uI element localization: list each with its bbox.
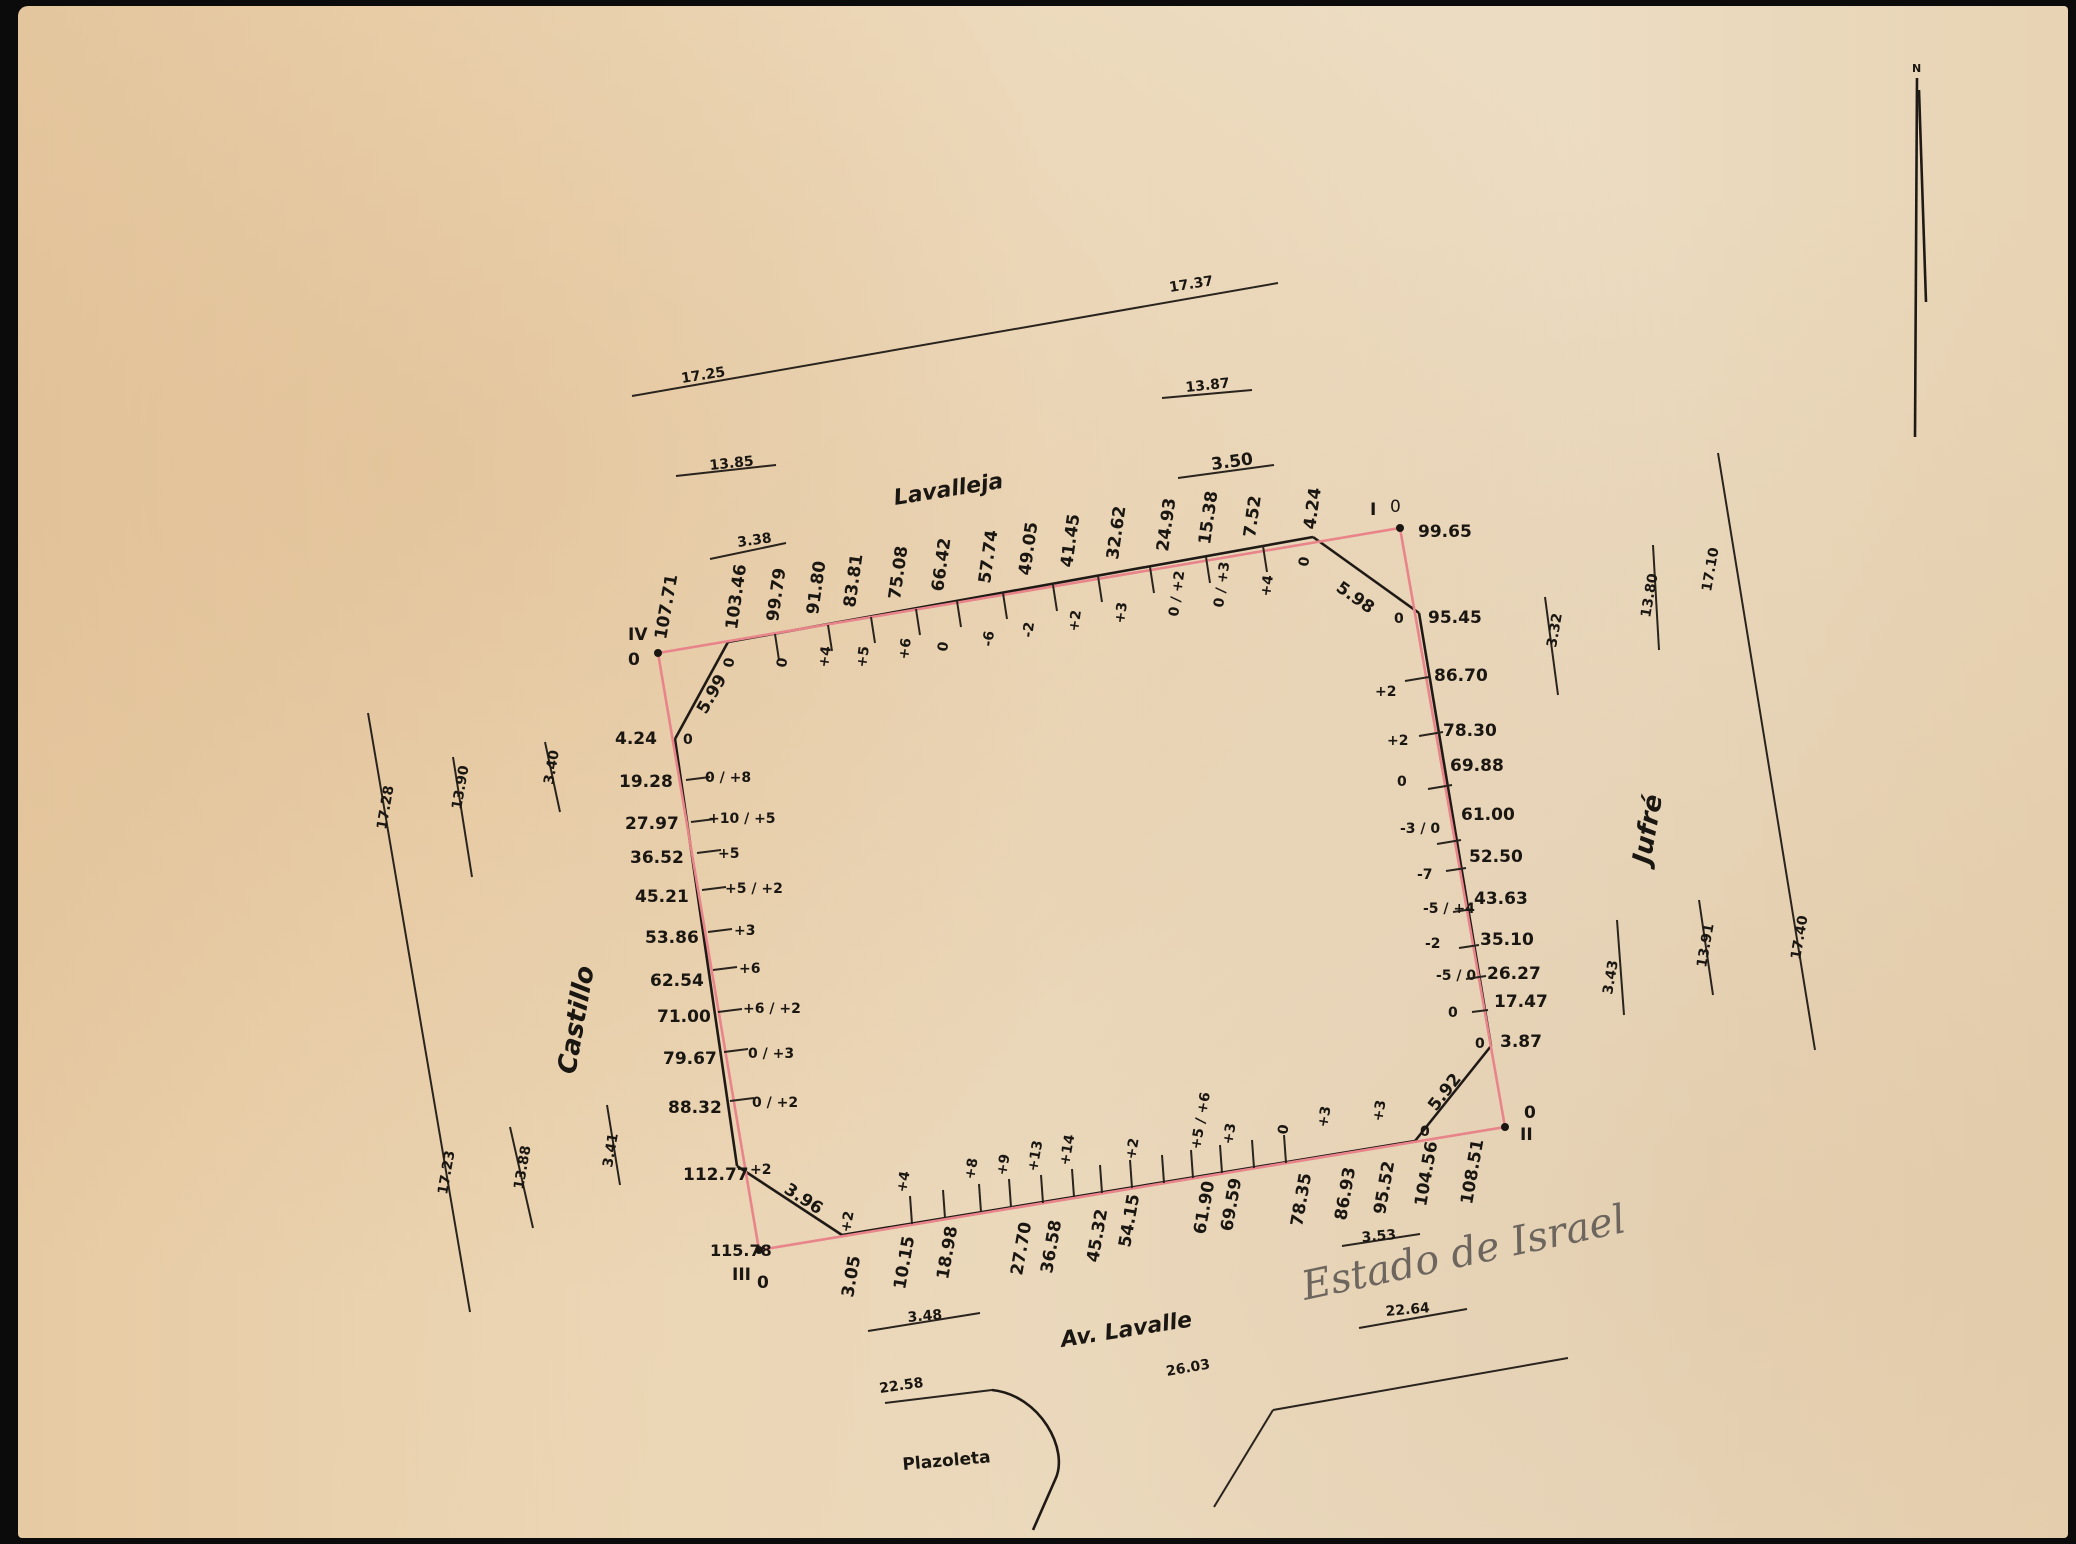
svg-text:+6 / +2: +6 / +2 <box>743 1001 801 1017</box>
svg-text:+6: +6 <box>896 637 915 661</box>
svg-text:+4: +4 <box>816 645 835 669</box>
svg-text:86.93: 86.93 <box>1331 1165 1360 1221</box>
svg-text:45.21: 45.21 <box>635 887 689 907</box>
south-outer-line <box>1273 1358 1568 1410</box>
svg-text:3.53: 3.53 <box>1361 1227 1397 1246</box>
svg-text:+3: +3 <box>734 923 755 939</box>
chamfer-se: 5.92 <box>1424 1070 1466 1115</box>
svg-text:19.28: 19.28 <box>619 772 673 792</box>
svg-text:3.43: 3.43 <box>1600 959 1622 996</box>
svg-text:83.81: 83.81 <box>840 553 867 609</box>
vertex-III-value: 115.78 <box>710 1241 772 1260</box>
vertex-II-value: 108.51 <box>1457 1138 1488 1206</box>
svg-text:+2: +2 <box>750 1162 771 1178</box>
svg-text:3.87: 3.87 <box>1500 1032 1542 1052</box>
svg-text:17.10: 17.10 <box>1699 546 1722 593</box>
svg-text:88.32: 88.32 <box>668 1098 722 1118</box>
svg-text:24.93: 24.93 <box>1153 497 1180 553</box>
svg-text:0: 0 <box>1275 1123 1292 1136</box>
chamfer-sw: 3.96 <box>780 1179 826 1219</box>
vertex-IV-value: 107.71 <box>651 573 682 641</box>
chamfer-ne: 5.98 <box>1332 578 1378 618</box>
svg-text:57.74: 57.74 <box>975 528 1002 584</box>
svg-text:99.79: 99.79 <box>763 567 790 623</box>
svg-text:3.05: 3.05 <box>838 1254 865 1299</box>
svg-text:0 / +2: 0 / +2 <box>752 1095 798 1111</box>
svg-text:0: 0 <box>1475 1036 1485 1052</box>
svg-text:22.58: 22.58 <box>878 1375 924 1397</box>
svg-text:95.45: 95.45 <box>1428 608 1482 628</box>
vertex-III-tick: 0 <box>757 1273 769 1293</box>
svg-text:13.91: 13.91 <box>1694 922 1717 968</box>
street-label-east: Jufré <box>1626 792 1669 871</box>
svg-text:17.40: 17.40 <box>1788 914 1811 961</box>
svg-text:-2: -2 <box>1425 936 1441 952</box>
svg-text:0 / +8: 0 / +8 <box>705 770 751 786</box>
svg-text:112.77: 112.77 <box>683 1165 749 1185</box>
svg-text:26.27: 26.27 <box>1487 964 1541 984</box>
svg-text:10.15: 10.15 <box>890 1234 919 1290</box>
property-boundary <box>658 528 1505 1250</box>
svg-text:+4: +4 <box>894 1170 914 1194</box>
svg-text:13.80: 13.80 <box>1638 572 1661 619</box>
street-label-south: Av. Lavalle <box>1057 1308 1194 1354</box>
svg-text:43.63: 43.63 <box>1474 889 1528 909</box>
svg-text:+3: +3 <box>1112 601 1131 625</box>
survey-plan-drawing: N <box>0 0 2076 1544</box>
svg-text:0: 0 <box>683 732 693 748</box>
svg-text:61.90: 61.90 <box>1190 1179 1219 1236</box>
vertex-I-label: I <box>1370 500 1376 520</box>
svg-text:+4: +4 <box>1258 574 1277 598</box>
svg-text:78.35: 78.35 <box>1287 1171 1316 1227</box>
north-stations: 103.46 99.79 91.80 83.81 75.08 66.42 57.… <box>722 486 1326 630</box>
north-arrow-icon: N <box>1912 62 1926 437</box>
svg-text:103.46: 103.46 <box>722 563 751 631</box>
svg-text:17.23: 17.23 <box>435 1149 458 1195</box>
vertex-II-tick: 0 <box>1524 1103 1536 1123</box>
svg-text:52.50: 52.50 <box>1469 847 1523 867</box>
svg-text:3.41: 3.41 <box>600 1132 622 1169</box>
svg-text:17.28: 17.28 <box>374 784 397 830</box>
svg-text:36.58: 36.58 <box>1037 1218 1066 1274</box>
svg-text:+13: +13 <box>1025 1139 1046 1173</box>
svg-text:35.10: 35.10 <box>1480 930 1534 950</box>
svg-text:49.05: 49.05 <box>1015 521 1042 577</box>
svg-text:0 / +2: 0 / +2 <box>1166 570 1188 618</box>
svg-text:4.24: 4.24 <box>1300 486 1326 530</box>
svg-text:-6: -6 <box>980 630 998 648</box>
svg-text:+2: +2 <box>1375 684 1396 700</box>
svg-text:3.40: 3.40 <box>541 749 563 786</box>
svg-text:+5: +5 <box>718 846 739 862</box>
svg-text:0: 0 <box>935 640 952 652</box>
svg-text:0: 0 <box>1448 1005 1458 1021</box>
svg-text:+3: +3 <box>1370 1099 1389 1123</box>
svg-text:13.85: 13.85 <box>709 453 755 474</box>
svg-text:0 / +3: 0 / +3 <box>1211 561 1233 609</box>
svg-text:+5 / +6: +5 / +6 <box>1188 1091 1214 1151</box>
svg-text:62.54: 62.54 <box>650 971 704 991</box>
svg-text:+3: +3 <box>1220 1122 1239 1146</box>
svg-text:0: 0 <box>1397 774 1407 790</box>
svg-text:7.52: 7.52 <box>1240 494 1266 538</box>
svg-text:+8: +8 <box>962 1157 981 1181</box>
svg-text:0 / +3: 0 / +3 <box>748 1046 794 1062</box>
svg-text:-2: -2 <box>1020 621 1038 639</box>
svg-text:3.50: 3.50 <box>1210 449 1254 475</box>
svg-text:17.47: 17.47 <box>1494 992 1548 1012</box>
svg-text:41.45: 41.45 <box>1057 513 1084 569</box>
plazoleta-curve <box>992 1390 1059 1530</box>
svg-text:91.80: 91.80 <box>803 559 830 615</box>
svg-text:36.52: 36.52 <box>630 848 684 868</box>
svg-text:-5 / +4: -5 / +4 <box>1423 901 1475 917</box>
street-label-north: Lavalleja <box>892 469 1005 511</box>
svg-text:95.52: 95.52 <box>1370 1159 1399 1215</box>
svg-text:3.48: 3.48 <box>907 1307 943 1326</box>
svg-text:-3 / 0: -3 / 0 <box>1400 821 1440 837</box>
svg-text:15.38: 15.38 <box>1195 490 1222 546</box>
svg-text:17.37: 17.37 <box>1168 273 1214 296</box>
svg-text:27.97: 27.97 <box>625 814 679 834</box>
svg-text:0: 0 <box>1394 611 1404 627</box>
svg-text:+6: +6 <box>739 961 760 977</box>
svg-text:+3: +3 <box>1315 1105 1334 1129</box>
svg-text:18.98: 18.98 <box>933 1224 962 1280</box>
svg-text:26.03: 26.03 <box>1165 1356 1211 1379</box>
svg-text:4.24: 4.24 <box>615 729 657 749</box>
svg-text:0: 0 <box>1420 1124 1430 1140</box>
vertex-III-label: III <box>732 1265 751 1285</box>
svg-text:27.70: 27.70 <box>1007 1220 1036 1277</box>
east-stations: 95.45 86.70 78.30 69.88 61.00 52.50 43.6… <box>1428 608 1548 1052</box>
svg-text:+5 / +2: +5 / +2 <box>725 881 783 897</box>
svg-text:+2: +2 <box>1123 1137 1142 1161</box>
svg-text:+14: +14 <box>1057 1133 1078 1167</box>
vertex-IV-tick: 0 <box>628 650 640 670</box>
svg-text:+10 / +5: +10 / +5 <box>708 811 776 827</box>
svg-text:71.00: 71.00 <box>657 1007 711 1027</box>
svg-text:+2: +2 <box>1387 733 1408 749</box>
svg-text:-5 / 0: -5 / 0 <box>1436 968 1476 984</box>
svg-text:104.56: 104.56 <box>1411 1140 1442 1208</box>
svg-text:32.62: 32.62 <box>1103 505 1130 561</box>
svg-text:53.86: 53.86 <box>645 928 699 948</box>
svg-text:69.59: 69.59 <box>1217 1176 1246 1232</box>
svg-text:45.32: 45.32 <box>1083 1207 1112 1263</box>
svg-text:17.25: 17.25 <box>680 364 726 387</box>
svg-text:69.88: 69.88 <box>1450 756 1504 776</box>
svg-text:78.30: 78.30 <box>1443 721 1497 741</box>
svg-text:61.00: 61.00 <box>1461 805 1515 825</box>
svg-text:0: 0 <box>1296 555 1313 567</box>
svg-text:+2: +2 <box>1066 609 1085 633</box>
svg-text:+9: +9 <box>994 1153 1013 1177</box>
vertex-IV-label: IV <box>628 625 648 645</box>
north-outer-line <box>632 283 1278 396</box>
vertex-II-label: II <box>1520 1125 1533 1145</box>
svg-text:0: 0 <box>721 656 738 668</box>
north-label: N <box>1912 62 1921 75</box>
svg-text:-7: -7 <box>1417 867 1433 883</box>
svg-text:+5: +5 <box>854 645 873 669</box>
svg-text:54.15: 54.15 <box>1115 1192 1144 1248</box>
street-label-west: Castillo <box>552 964 600 1077</box>
svg-text:13.90: 13.90 <box>449 764 472 811</box>
plaza-label: Plazoleta <box>902 1447 992 1475</box>
svg-text:79.67: 79.67 <box>663 1049 717 1069</box>
vertex-I-tick: 0 <box>1390 497 1401 517</box>
svg-text:86.70: 86.70 <box>1434 666 1488 686</box>
vertex-I-value: 99.65 <box>1418 522 1472 542</box>
svg-text:0: 0 <box>774 656 791 668</box>
svg-text:75.08: 75.08 <box>885 545 912 601</box>
svg-text:66.42: 66.42 <box>928 537 955 593</box>
svg-text:+2: +2 <box>838 1210 857 1234</box>
